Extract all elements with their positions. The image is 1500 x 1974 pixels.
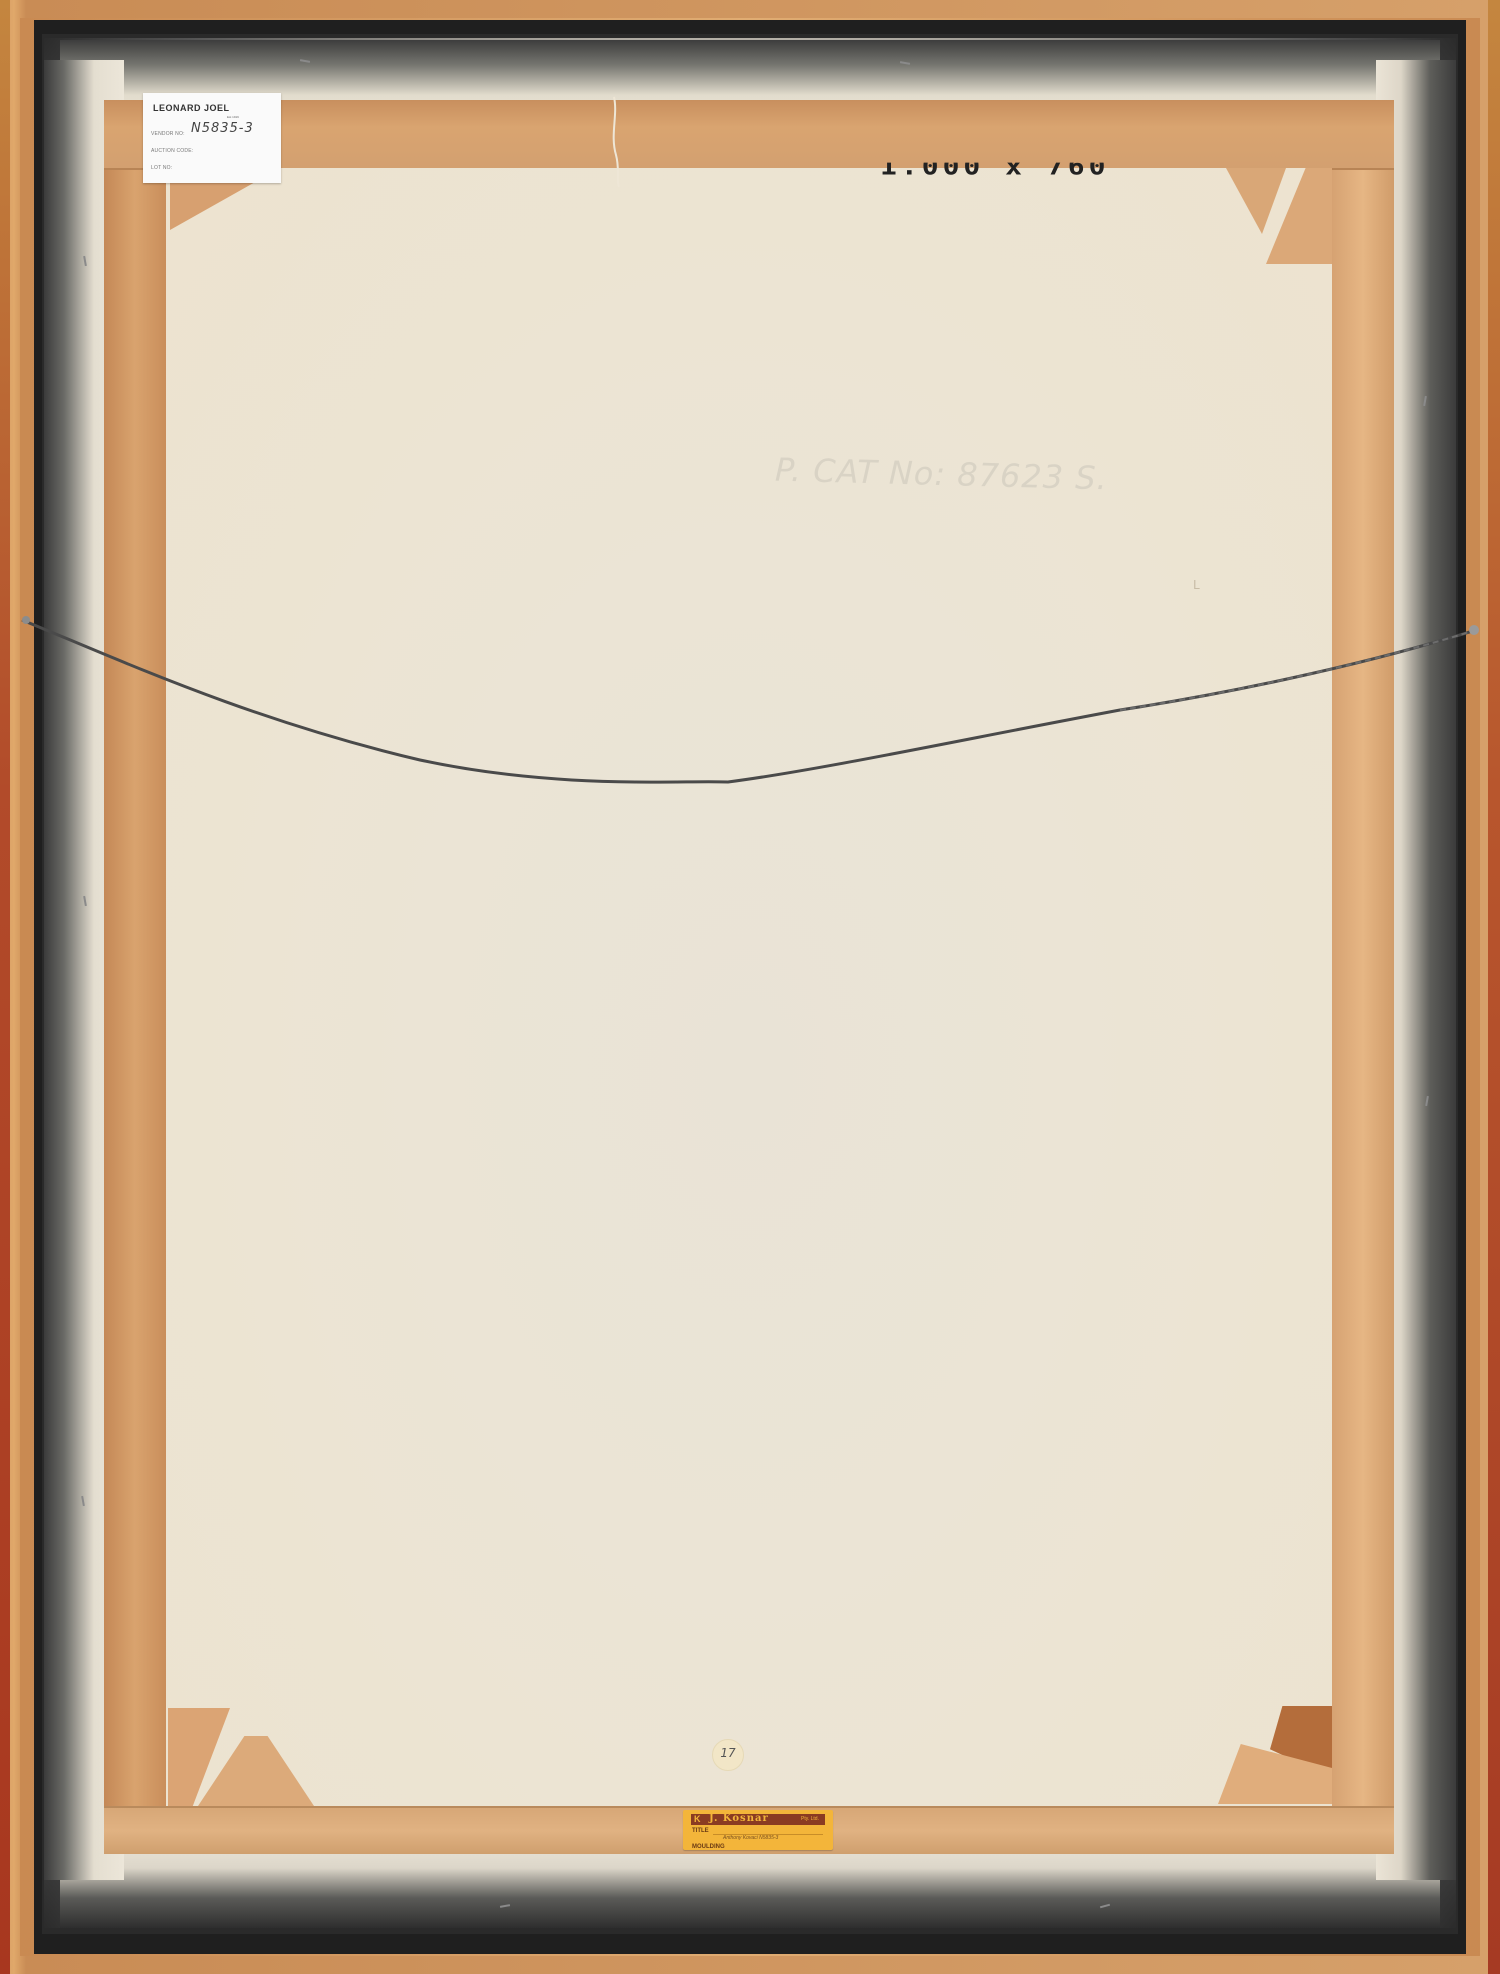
frame-edge-left <box>0 0 10 1974</box>
stretcher-bar-left <box>104 100 166 1852</box>
framer-title-label: TITLE <box>692 1828 709 1834</box>
framer-label-band: K J. Kosnar Pty. Ltd. <box>691 1814 825 1825</box>
pencil-mark: L <box>1193 578 1200 592</box>
frame-edge-right <box>1488 0 1500 1974</box>
stretcher-bar-top <box>104 100 1394 170</box>
vendor-number-value: N5835-3 <box>191 121 254 136</box>
framer-suffix: Pty. Ltd. <box>801 1816 819 1822</box>
auction-house-brand: LEONARD JOEL <box>153 103 230 113</box>
framer-title-value: Anthony Kovaci N5835-3 <box>723 1835 778 1841</box>
framer-moulding-label: MOULDING <box>692 1844 725 1850</box>
loose-thread <box>610 95 630 190</box>
auction-house-label: LEONARD JOEL Est 1919 VENDOR NO: N5835-3… <box>143 93 281 183</box>
auction-house-established: Est 1919 <box>227 115 239 119</box>
lot-number-label: LOT NO: <box>151 165 172 171</box>
auction-code-label: AUCTION CODE: <box>151 148 193 154</box>
lot-sticker-number: 17 <box>713 1746 743 1760</box>
stretcher-bar-right <box>1332 100 1394 1852</box>
framer-name: J. Kosnar <box>709 1813 769 1824</box>
lot-sticker: 17 <box>712 1739 744 1771</box>
vendor-number-label: VENDOR NO: <box>151 131 185 137</box>
framer-label: K J. Kosnar Pty. Ltd. TITLE Anthony Kova… <box>683 1810 833 1850</box>
framer-logo-icon: K <box>694 1814 701 1824</box>
canvas-back <box>166 168 1332 1806</box>
